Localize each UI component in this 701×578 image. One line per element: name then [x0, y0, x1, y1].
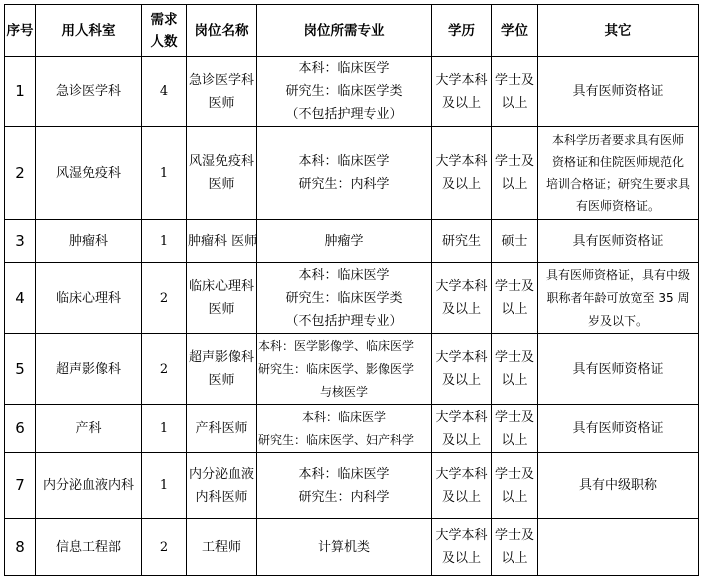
cell-other: 具有医师资格证 [538, 334, 699, 405]
cell-degree: 学士及 以上 [492, 263, 538, 334]
cell-education: 大学本科 及以上 [432, 57, 492, 127]
cell-major: 本科：医学影像学、临床医学 研究生：临床医学、影像医学 与核医学 [257, 334, 432, 405]
cell-dept: 信息工程部 [36, 519, 142, 576]
table-row: 7 内分泌血液内科 1 内分泌血液 内科医师 本科：临床医学 研究生：内科学 大… [5, 453, 699, 519]
cell-major: 本科：临床医学 研究生：临床医学类 （不包括护理专业） [257, 263, 432, 334]
cell-dept: 临床心理科 [36, 263, 142, 334]
table-row: 8 信息工程部 2 工程师 计算机类 大学本科 及以上 学士及 以上 [5, 519, 699, 576]
header-count: 需求 人数 [142, 5, 187, 57]
cell-other: 具有医师资格证 [538, 220, 699, 263]
cell-position: 超声影像科 医师 [187, 334, 257, 405]
header-seq: 序号 [5, 5, 36, 57]
cell-position: 临床心理科 医师 [187, 263, 257, 334]
cell-dept: 风湿免疫科 [36, 127, 142, 220]
cell-count: 1 [142, 220, 187, 263]
cell-education: 大学本科 及以上 [432, 519, 492, 576]
cell-position: 急诊医学科 医师 [187, 57, 257, 127]
cell-degree: 学士及 以上 [492, 453, 538, 519]
cell-seq: 5 [5, 334, 36, 405]
cell-degree: 学士及 以上 [492, 127, 538, 220]
cell-degree: 学士及 以上 [492, 405, 538, 453]
cell-dept: 急诊医学科 [36, 57, 142, 127]
cell-education: 大学本科 及以上 [432, 405, 492, 453]
cell-other [538, 519, 699, 576]
cell-count: 2 [142, 334, 187, 405]
table-row: 5 超声影像科 2 超声影像科 医师 本科：医学影像学、临床医学 研究生：临床医… [5, 334, 699, 405]
cell-major: 计算机类 [257, 519, 432, 576]
cell-education: 大学本科 及以上 [432, 334, 492, 405]
cell-degree: 学士及 以上 [492, 334, 538, 405]
table-row: 6 产科 1 产科医师 本科：临床医学 研究生：临床医学、妇产科学 大学本科 及… [5, 405, 699, 453]
cell-education: 研究生 [432, 220, 492, 263]
cell-count: 2 [142, 519, 187, 576]
cell-count: 4 [142, 57, 187, 127]
cell-position: 工程师 [187, 519, 257, 576]
cell-other: 具有医师资格证 [538, 405, 699, 453]
cell-seq: 2 [5, 127, 36, 220]
table-row: 2 风湿免疫科 1 风湿免疫科 医师 本科：临床医学 研究生：内科学 大学本科 … [5, 127, 699, 220]
cell-major: 本科：临床医学 研究生：内科学 [257, 453, 432, 519]
cell-major: 本科：临床医学 研究生：临床医学类 （不包括护理专业） [257, 57, 432, 127]
recruitment-table: 序号 用人科室 需求 人数 岗位名称 岗位所需专业 学历 学位 其它 1 急诊医… [4, 4, 699, 576]
cell-position: 产科医师 [187, 405, 257, 453]
cell-major: 本科：临床医学 研究生：内科学 [257, 127, 432, 220]
cell-count: 1 [142, 127, 187, 220]
cell-major: 肿瘤学 [257, 220, 432, 263]
cell-major: 本科：临床医学 研究生：临床医学、妇产科学 [257, 405, 432, 453]
cell-seq: 1 [5, 57, 36, 127]
header-education: 学历 [432, 5, 492, 57]
cell-count: 2 [142, 263, 187, 334]
cell-dept: 超声影像科 [36, 334, 142, 405]
header-major: 岗位所需专业 [257, 5, 432, 57]
cell-position: 内分泌血液 内科医师 [187, 453, 257, 519]
cell-other: 具有医师资格证 [538, 57, 699, 127]
cell-seq: 7 [5, 453, 36, 519]
cell-education: 大学本科 及以上 [432, 127, 492, 220]
cell-count: 1 [142, 453, 187, 519]
header-dept: 用人科室 [36, 5, 142, 57]
cell-other: 本科学历者要求具有医师 资格证和住院医师规范化 培训合格证；研究生要求具 有医师… [538, 127, 699, 220]
cell-dept: 产科 [36, 405, 142, 453]
header-other: 其它 [538, 5, 699, 57]
header-row: 序号 用人科室 需求 人数 岗位名称 岗位所需专业 学历 学位 其它 [5, 5, 699, 57]
cell-degree: 学士及 以上 [492, 519, 538, 576]
cell-seq: 6 [5, 405, 36, 453]
cell-seq: 8 [5, 519, 36, 576]
cell-degree: 硕士 [492, 220, 538, 263]
table-row: 4 临床心理科 2 临床心理科 医师 本科：临床医学 研究生：临床医学类 （不包… [5, 263, 699, 334]
header-position: 岗位名称 [187, 5, 257, 57]
cell-dept: 内分泌血液内科 [36, 453, 142, 519]
cell-education: 大学本科 及以上 [432, 263, 492, 334]
cell-education: 大学本科 及以上 [432, 453, 492, 519]
cell-position: 肿瘤科 医师 [187, 220, 257, 263]
cell-seq: 3 [5, 220, 36, 263]
cell-position: 风湿免疫科 医师 [187, 127, 257, 220]
cell-count: 1 [142, 405, 187, 453]
cell-other: 具有中级职称 [538, 453, 699, 519]
table-row: 3 肿瘤科 1 肿瘤科 医师 肿瘤学 研究生 硕士 具有医师资格证 [5, 220, 699, 263]
table-row: 1 急诊医学科 4 急诊医学科 医师 本科：临床医学 研究生：临床医学类 （不包… [5, 57, 699, 127]
header-degree: 学位 [492, 5, 538, 57]
cell-degree: 学士及 以上 [492, 57, 538, 127]
cell-other: 具有医师资格证，具有中级 职称者年龄可放宽至 35 周 岁及以下。 [538, 263, 699, 334]
cell-seq: 4 [5, 263, 36, 334]
cell-dept: 肿瘤科 [36, 220, 142, 263]
